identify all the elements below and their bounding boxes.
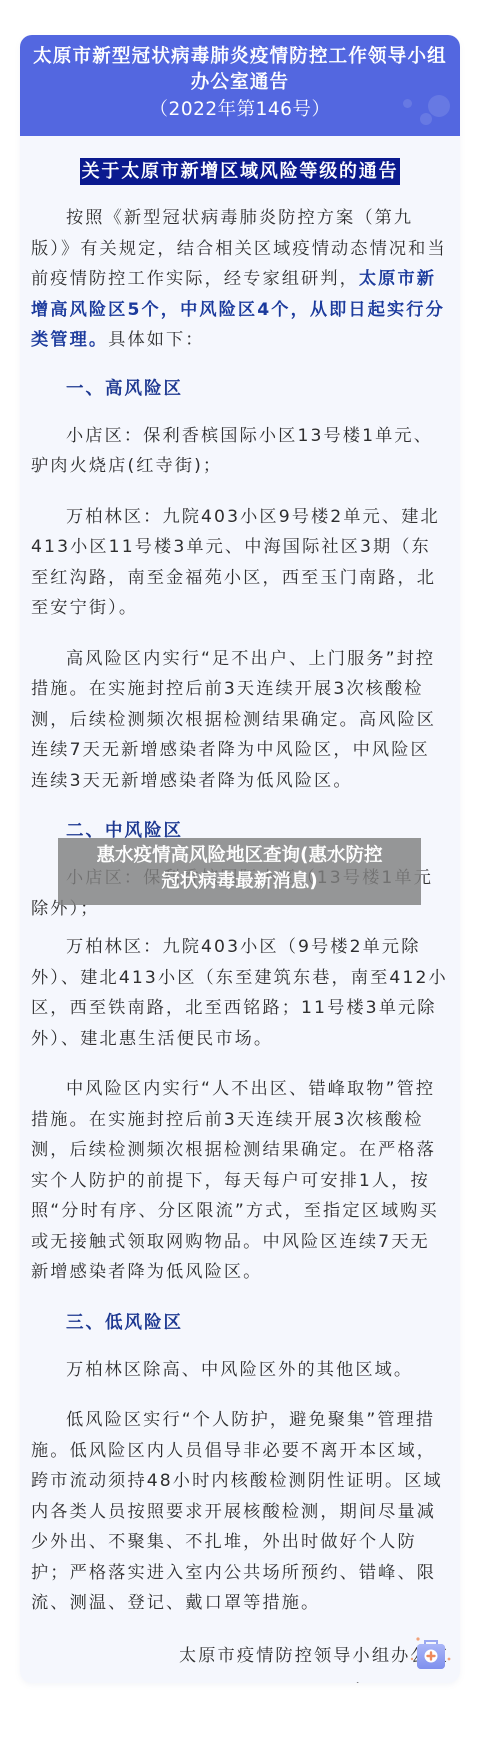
medical-kit-icon — [410, 1635, 452, 1671]
signature-date: 2022年11月9日 — [31, 1677, 449, 1683]
overlay-banner: 惠水疫情高风险地区查询(惠水防控 冠状病毒最新消息) — [58, 838, 421, 905]
overlay-line2: 冠状病毒最新消息) — [58, 869, 421, 895]
medium-risk-paragraph-2: 万柏林区：九院403小区（9号楼2单元除外）、建北413小区（东至建筑东巷，南至… — [31, 932, 449, 1054]
notice-header: 太原市新型冠状病毒肺炎疫情防控工作领导小组 办公室通告 （2022年第146号） — [20, 35, 460, 136]
decor-bubble-icon — [428, 95, 450, 117]
intro-tail: 具体如下： — [108, 330, 204, 350]
subtitle-wrap: 关于太原市新增区域风险等级的通告 — [31, 158, 449, 185]
decor-bubble-icon — [403, 99, 412, 108]
header-number: （2022年第146号） — [20, 96, 460, 123]
section-heading-low-risk: 三、低风险区 — [31, 1308, 449, 1338]
medium-risk-paragraph-3: 中风险区内实行“人不出区、错峰取物”管控措施。在实施封控后前3天连续开展3次核酸… — [31, 1074, 449, 1288]
intro-paragraph: 按照《新型冠状病毒肺炎防控方案（第九版）》有关规定，结合相关区域疫情动态情况和当… — [31, 203, 449, 356]
notice-subtitle: 关于太原市新增区域风险等级的通告 — [80, 158, 401, 185]
signature-issuer: 太原市疫情防控领导小组办公室 — [31, 1641, 449, 1672]
high-risk-paragraph-1: 小店区：保利香槟国际小区13号楼1单元、驴肉火烧店(红寺街)； — [31, 421, 449, 482]
high-risk-paragraph-2: 万柏林区：九院403小区9号楼2单元、建北413小区11号楼3单元、中海国际社区… — [31, 502, 449, 624]
header-title-line1: 太原市新型冠状病毒肺炎疫情防控工作领导小组 — [20, 44, 460, 69]
header-title-line2: 办公室通告 — [20, 69, 460, 96]
section-heading-high-risk: 一、高风险区 — [31, 374, 449, 404]
low-risk-paragraph-1: 万柏林区除高、中风险区外的其他区域。 — [31, 1355, 449, 1386]
high-risk-paragraph-3: 高风险区内实行“足不出户、上门服务”封控措施。在实施封控后前3天连续开展3次核酸… — [31, 644, 449, 797]
overlay-line1: 惠水疫情高风险地区查询(惠水防控 — [58, 843, 421, 869]
low-risk-paragraph-2: 低风险区实行“个人防护，避免聚集”管理措施。低风险区内人员倡导非必要不离开本区域… — [31, 1405, 449, 1619]
notice-body: 关于太原市新增区域风险等级的通告 按照《新型冠状病毒肺炎防控方案（第九版）》有关… — [20, 158, 460, 1683]
decor-bubble-icon — [420, 113, 432, 125]
